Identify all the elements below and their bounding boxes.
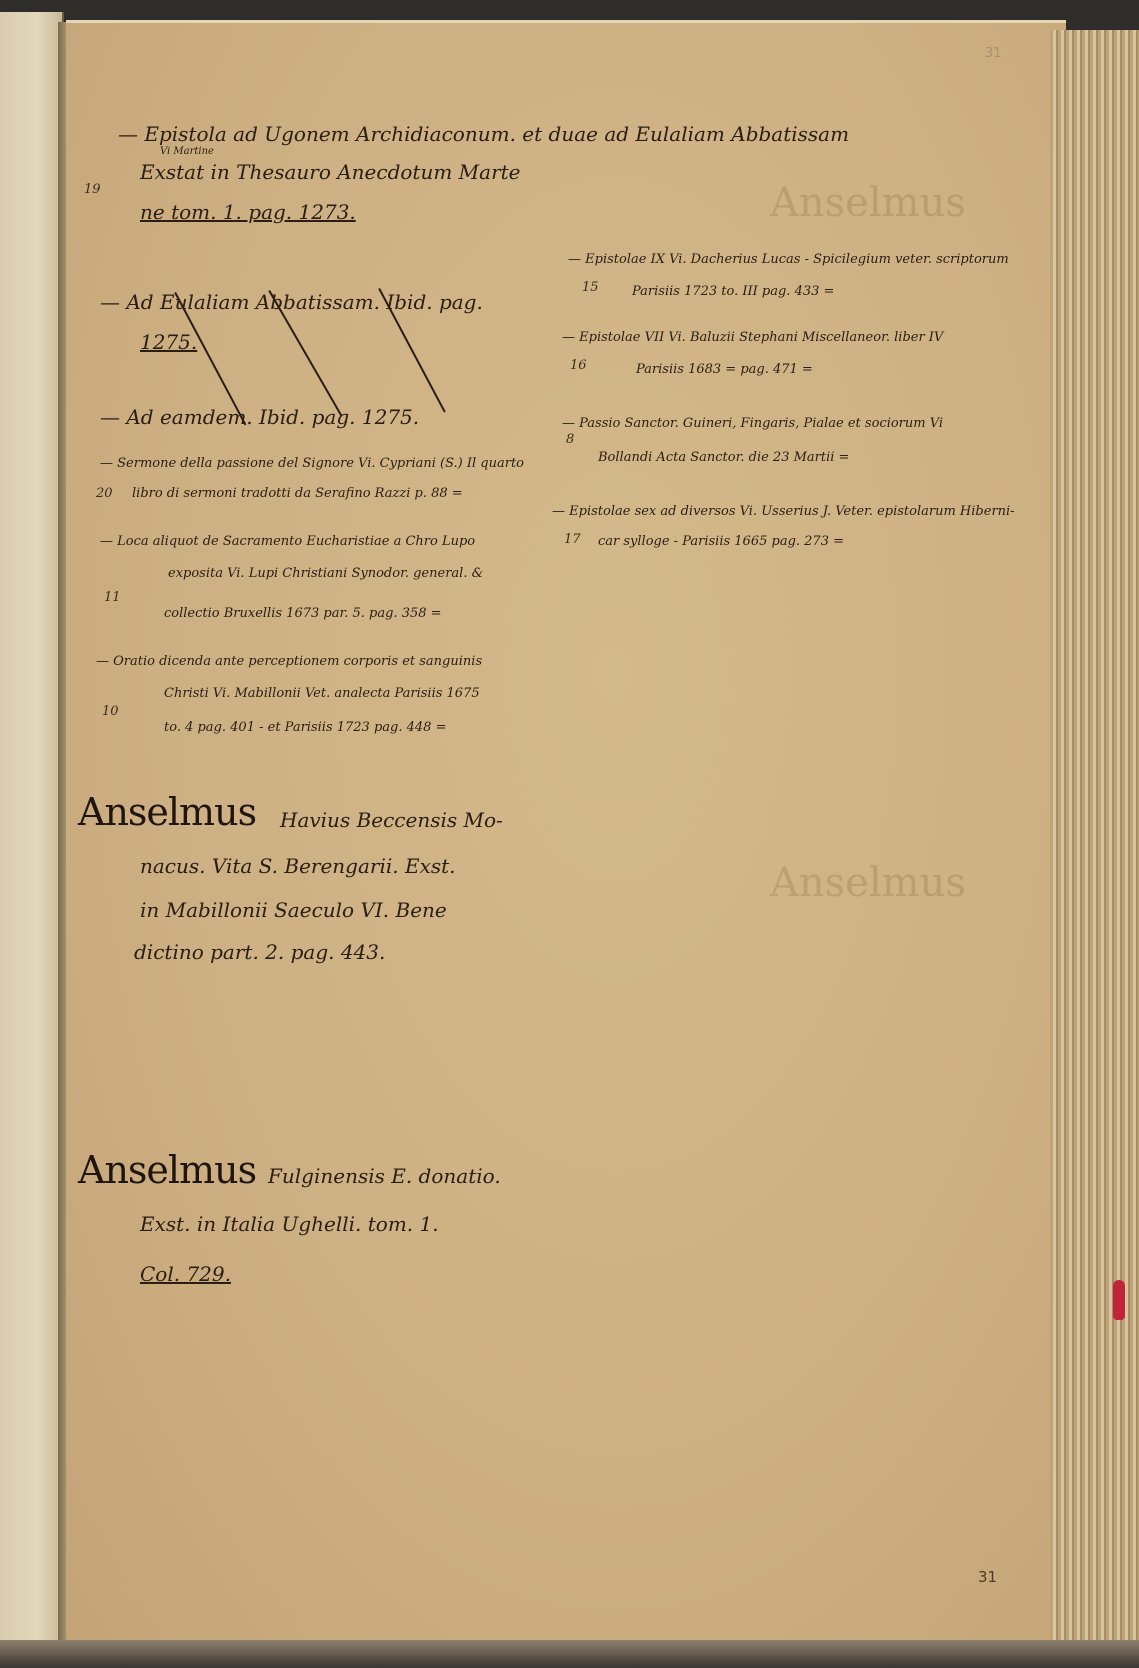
entry-sermone-line1: — Sermone della passione del Signore Vi.… xyxy=(100,456,524,471)
bleed-through-heading: Anselmus xyxy=(770,860,966,906)
dash-marker: — xyxy=(100,456,113,471)
entry-usserius-line1: — Epistolae sex ad diversos Vi. Usserius… xyxy=(552,504,1015,519)
entry-baluzii-line1: — Epistolae VII Vi. Baluzii Stephani Mis… xyxy=(562,330,943,345)
entry-number: 10 xyxy=(102,704,119,719)
dash-marker: — xyxy=(100,405,120,429)
entry-number: 8 xyxy=(566,432,574,447)
entry-number: 17 xyxy=(564,532,581,547)
dash-marker: — xyxy=(100,290,120,314)
entry-number: 11 xyxy=(104,590,121,605)
red-bookmark-tab xyxy=(1113,1280,1125,1320)
anselmus-fulginensis-line3: Col. 729. xyxy=(140,1262,231,1286)
entry-oratio-line1: — Oratio dicenda ante perceptionem corpo… xyxy=(96,654,482,669)
entry-epistola-ugonem-line3: ne tom. 1. pag. 1273. xyxy=(140,200,356,224)
entry-epistola-ugonem-line1: — Epistola ad Ugonem Archidiaconum. et d… xyxy=(118,122,849,146)
entry-usserius-line2: car sylloge - Parisiis 1665 pag. 273 = xyxy=(598,534,844,549)
entry-number: 15 xyxy=(582,280,599,295)
folio-number-bottom: 31 xyxy=(978,1568,997,1586)
dash-marker: — xyxy=(568,252,581,267)
entry-sermone-line2: libro di sermoni tradotti da Serafino Ra… xyxy=(132,486,463,501)
bleed-through-heading: Anselmus xyxy=(770,180,966,226)
entry-dacherius-line1: — Epistolae IX Vi. Dacherius Lucas - Spi… xyxy=(568,252,1009,267)
anselmus-beccensis-line4: dictino part. 2. pag. 443. xyxy=(134,940,385,964)
dash-marker: — xyxy=(562,416,575,431)
anselmus-beccensis-line3: in Mabillonii Saeculo VI. Bene xyxy=(140,898,447,922)
entry-ad-eulaliam-line1: — Ad Eulaliam Abbatissam. Ibid. pag. xyxy=(100,290,483,314)
entry-oratio-line3: to. 4 pag. 401 - et Parisiis 1723 pag. 4… xyxy=(164,720,446,735)
entry-passio-line2: Bollandi Acta Sanctor. die 23 Martii = xyxy=(598,450,849,465)
dash-marker: — xyxy=(552,504,565,519)
anselmus-fulginensis-line2: Exst. in Italia Ughelli. tom. 1. xyxy=(140,1212,439,1236)
entry-loca-aliquot-line1: — Loca aliquot de Sacramento Eucharistia… xyxy=(100,534,475,549)
entry-ad-eamdem: — Ad eamdem. Ibid. pag. 1275. xyxy=(100,405,419,429)
entry-loca-aliquot-line2: exposita Vi. Lupi Christiani Synodor. ge… xyxy=(168,566,483,581)
page-fore-edge xyxy=(1050,30,1139,1660)
anselmus-beccensis-line1: Havius Beccensis Mo- xyxy=(280,808,503,832)
entry-number: 20 xyxy=(96,486,113,501)
entry-ad-eulaliam-line2: 1275. xyxy=(140,330,197,354)
heading-anselmus-fulginensis: Anselmus xyxy=(78,1148,256,1192)
dash-marker: — xyxy=(118,122,138,146)
entry-number: 16 xyxy=(570,358,587,373)
entry-epistola-ugonem-line2: Exstat in Thesauro Anecdotum Marte xyxy=(140,160,521,184)
dash-marker: — xyxy=(562,330,575,345)
anselmus-beccensis-line2: nacus. Vita S. Berengarii. Exst. xyxy=(140,854,456,878)
entry-oratio-line2: Christi Vi. Mabillonii Vet. analecta Par… xyxy=(164,686,480,701)
entry-loca-aliquot-line3: collectio Bruxellis 1673 par. 5. pag. 35… xyxy=(164,606,442,621)
interlinear-note: Vi Martine xyxy=(160,146,214,157)
entry-baluzii-line2: Parisiis 1683 = pag. 471 = xyxy=(636,362,813,377)
entry-dacherius-line2: Parisiis 1723 to. III pag. 433 = xyxy=(632,284,834,299)
anselmus-fulginensis-line1: Fulginensis E. donatio. xyxy=(268,1164,501,1188)
dash-marker: — xyxy=(100,534,113,549)
left-page-edge xyxy=(0,12,64,1668)
folio-number-top: 31 xyxy=(985,46,1002,61)
entry-passio-line1: — Passio Sanctor. Guineri, Fingaris, Pia… xyxy=(562,416,943,431)
dash-marker: — xyxy=(96,654,109,669)
book-bottom-edge xyxy=(0,1640,1139,1668)
heading-anselmus-beccensis: Anselmus xyxy=(78,790,256,834)
entry-number: 19 xyxy=(84,182,101,197)
